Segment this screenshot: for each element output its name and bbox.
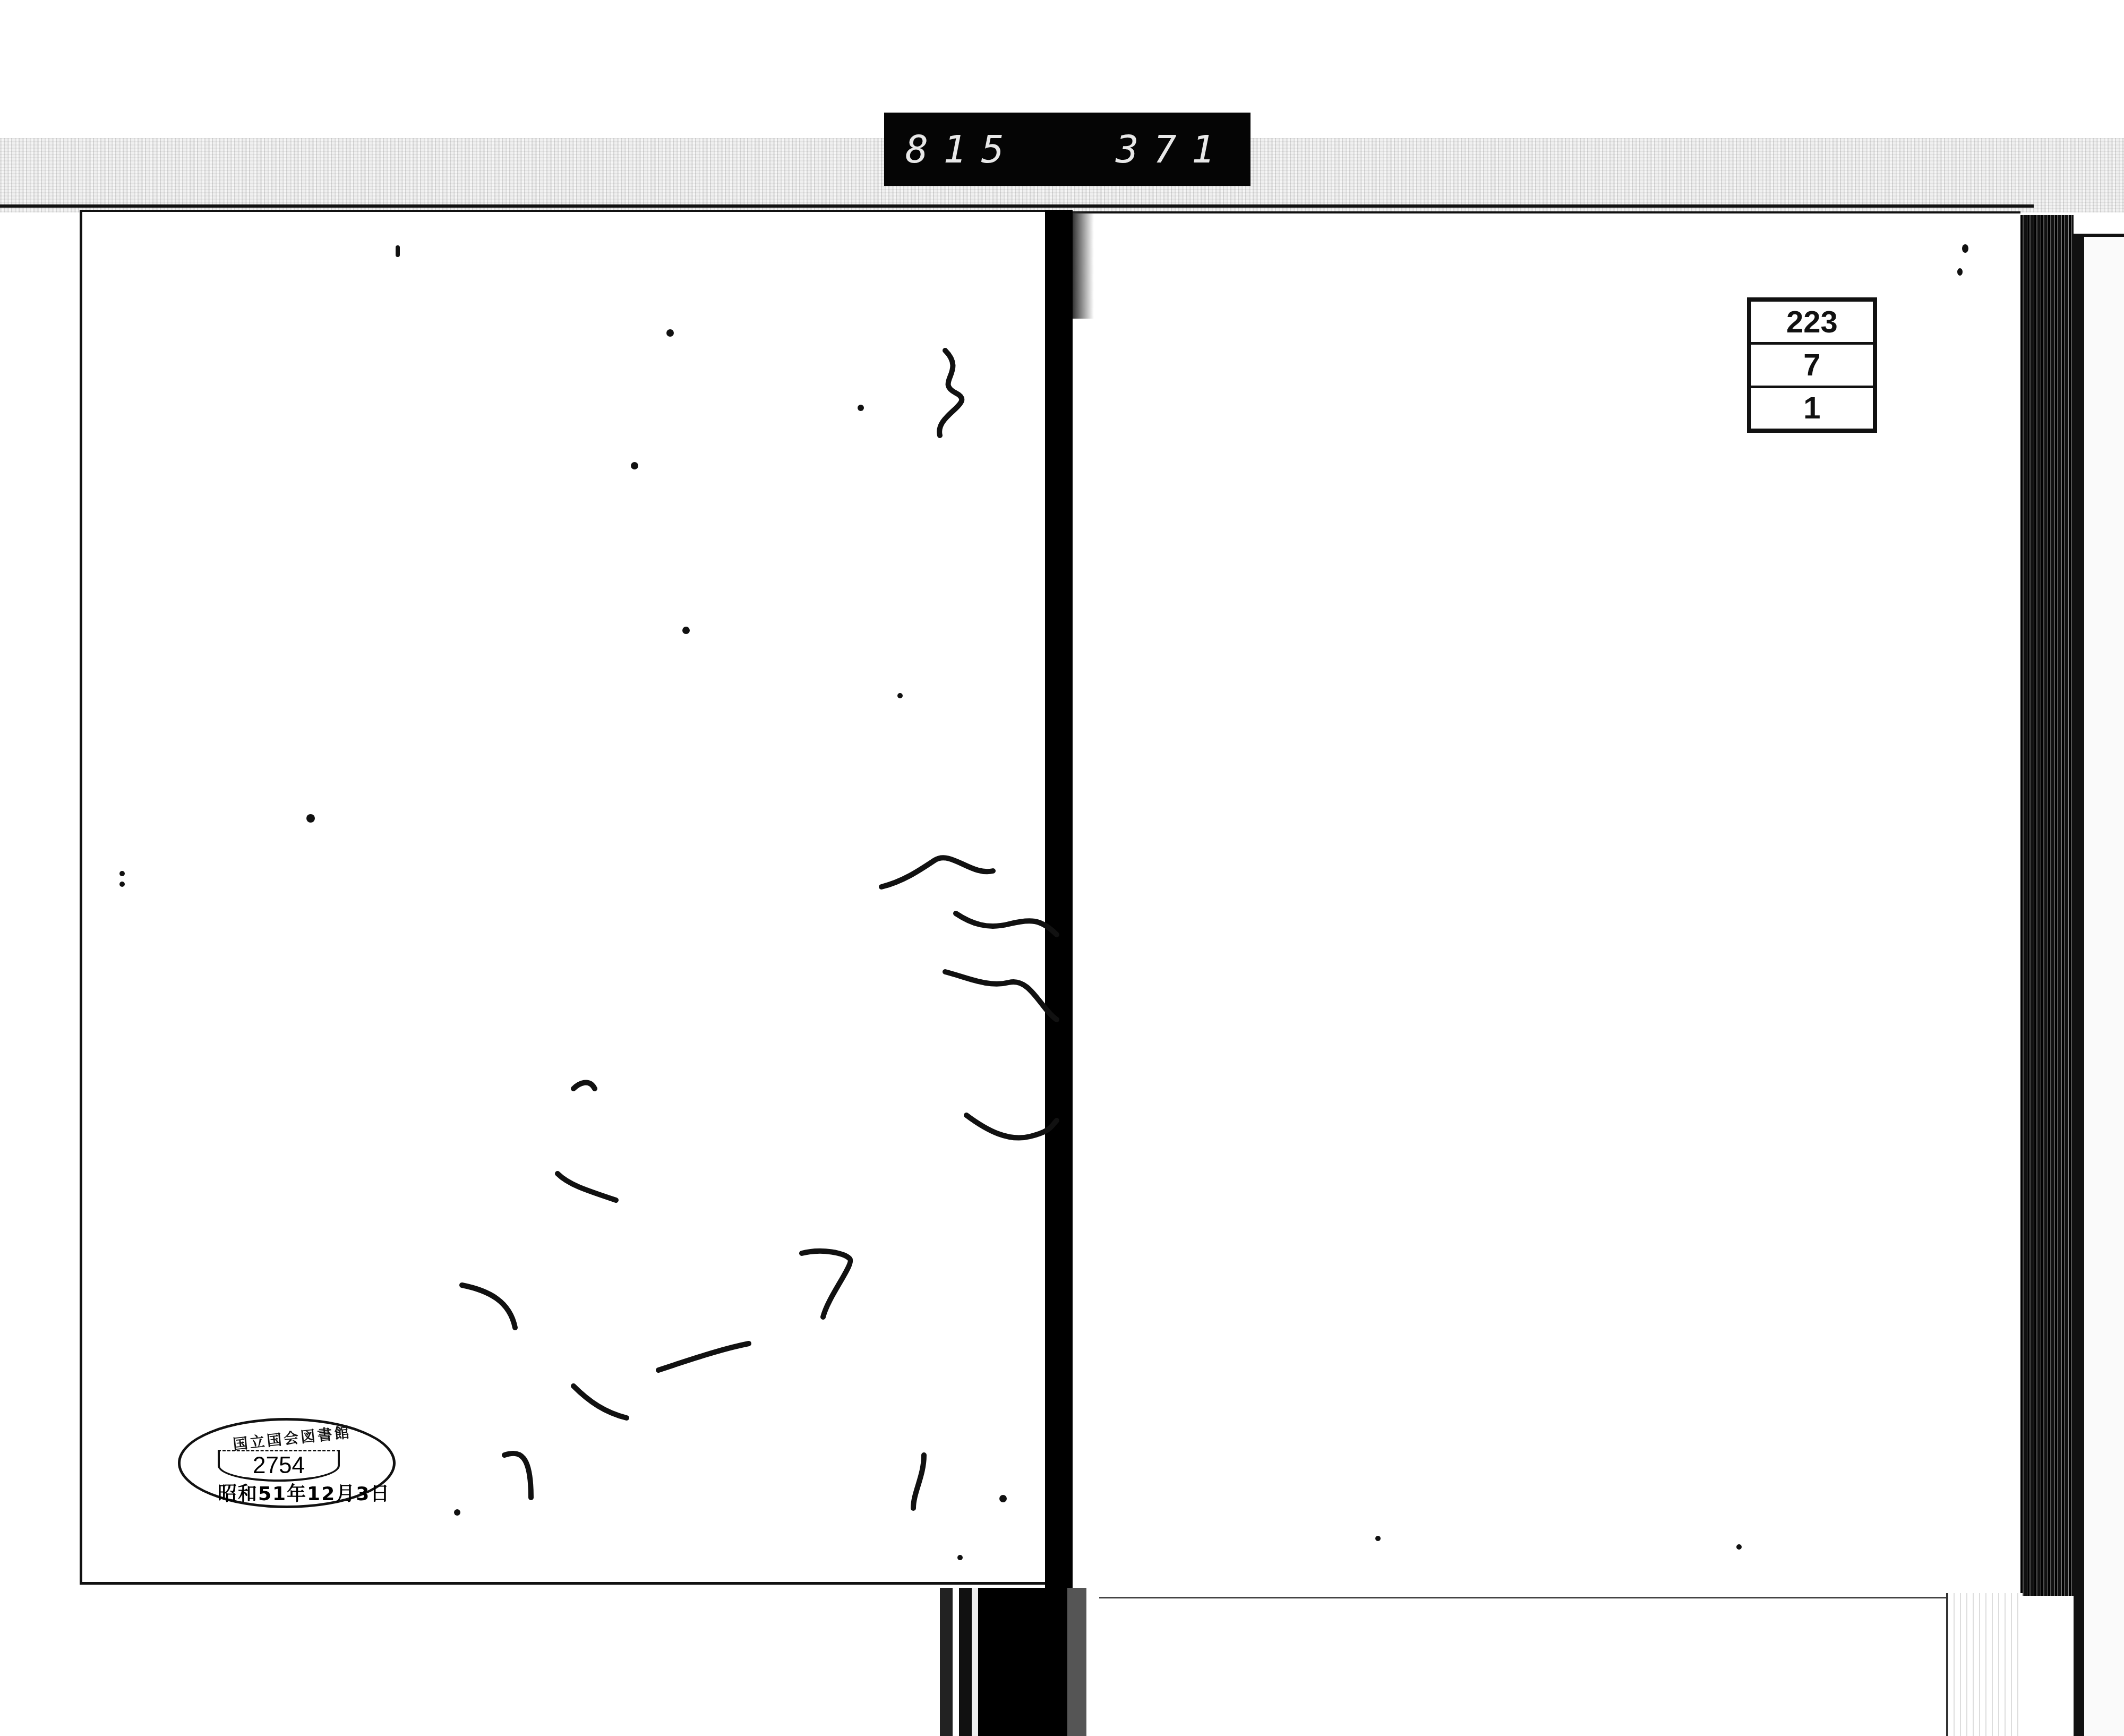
insect-damage-trails: [0, 0, 2124, 1736]
